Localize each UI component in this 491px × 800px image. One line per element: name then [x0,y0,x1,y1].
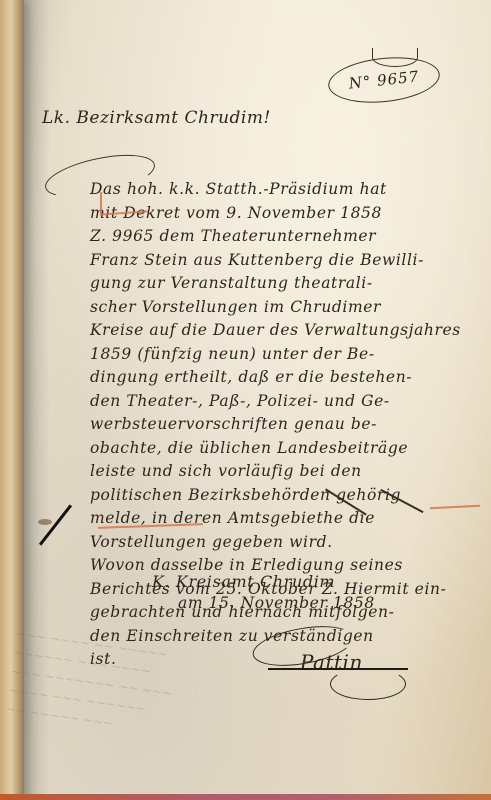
salutation: Lk. Bezirksamt Chrudim! [42,108,271,128]
body-line: Vorstellungen gegeben wird. [90,531,485,555]
body-line: 1859 (fünfzig neun) unter der Be- [90,343,485,367]
closing-place: K. Kreisamt Chrudim [152,572,335,591]
body-line: werbsteuervorschriften genau be- [90,413,485,437]
body-line: Franz Stein aus Kuttenberg die Bewilli- [90,249,485,273]
body-line: gung zur Veranstaltung theatrali- [90,272,485,296]
body-line: Z. 9965 dem Theaterunternehmer [90,225,485,249]
body-line: Das hoh. k.k. Statth.-Präsidium hat [90,178,485,202]
body-line: mit Dekret vom 9. November 1858 [90,202,485,226]
body-line: den Theater-, Paß-, Polizei- und Ge- [90,390,485,414]
red-pencil-mark [100,192,102,214]
body-line: leiste und sich vorläufig bei den [90,460,485,484]
body-line: dingung ertheilt, daß er die bestehen- [90,366,485,390]
body-line: politischen Bezirksbehörden gehörig [90,484,485,508]
body-line: obachte, die üblichen Landesbeiträge [90,437,485,461]
page-bottom-edge [0,794,491,800]
closing-date: am 15. November 1858 [178,594,375,612]
ink-blot [38,519,52,525]
body-line: Kreise auf die Dauer des Verwaltungsjahr… [90,319,485,343]
signature-flourish [330,668,406,700]
reference-number: N° 9657 [348,67,420,92]
body-line: scher Vorstellungen im Chrudimer [90,296,485,320]
